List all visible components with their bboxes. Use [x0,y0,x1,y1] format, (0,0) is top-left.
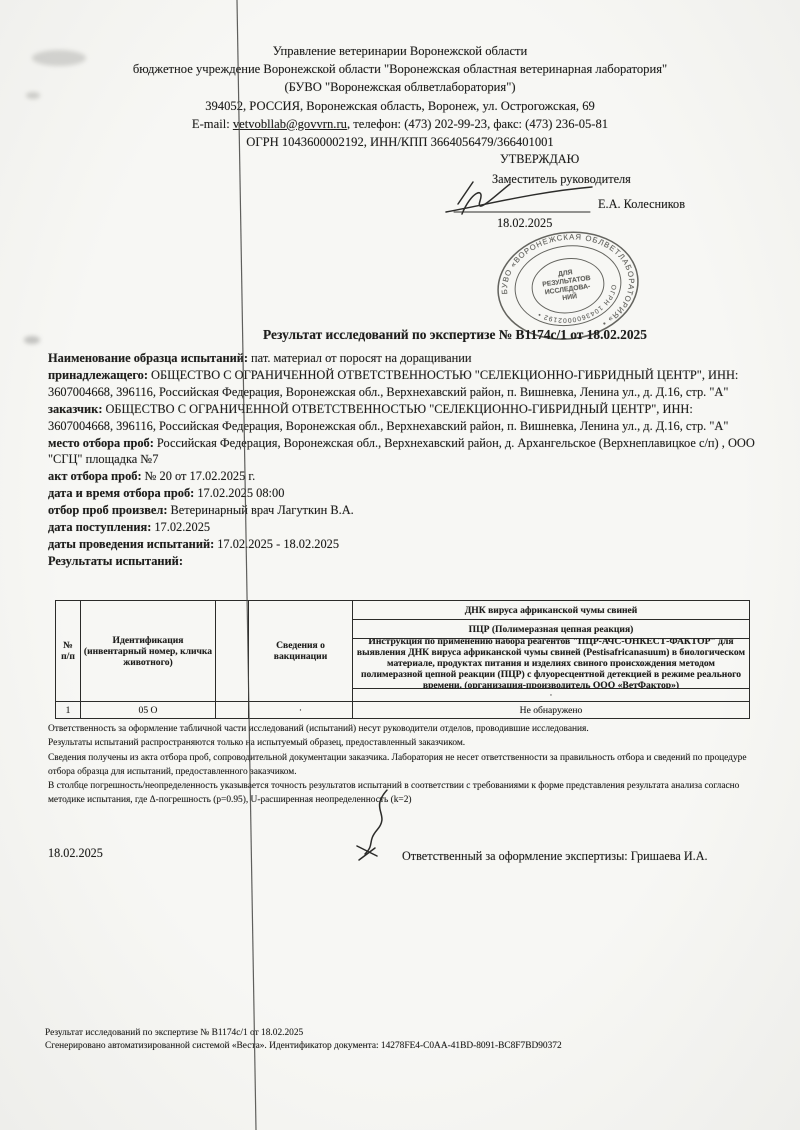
row-cell-vaccination: · [249,702,353,718]
col-header-blank [216,601,249,702]
document-title: Результат исследований по экспертизе № В… [150,327,760,343]
sample-field: дата поступления:17.02.2025 [48,519,758,536]
result-header-method-type: ПЦР (Полимеразная цепная реакция) [353,620,749,639]
org-ogrn-inn: ОГРН 1043600002192, ИНН/КПП 3664056479/3… [45,133,755,151]
result-header-method-description: Инструкция по применению набора реагенто… [353,639,749,689]
row-cell-identification: 05 O [81,702,216,718]
result-header-analyte: ДНК вируса африканской чумы свиней [353,601,749,620]
responsible-label: Ответственный за оформление экспертизы: … [402,849,708,864]
sample-field: акт отбора проб:№ 20 от 17.02.2025 г. [48,468,758,485]
col-header-num: № п/п [56,601,81,702]
approver-name: Е.А. Колесников [598,197,685,212]
email-link[interactable]: vetvobllab@govvrn.ru [233,117,347,131]
sample-field: заказчик:ОБЩЕСТВО С ОГРАНИЧЕННОЙ ОТВЕТСТ… [48,401,758,435]
signoff-date: 18.02.2025 [48,846,103,861]
sample-field: Наименование образца испытаний:пат. мате… [48,350,758,367]
result-subheader-dot: · [353,689,749,702]
sample-field: принадлежащего:ОБЩЕСТВО С ОГРАНИЧЕННОЙ О… [48,367,758,401]
footnote: Ответственность за оформление табличной … [48,723,762,737]
org-name: бюджетное учреждение Воронежской области… [45,60,755,78]
footnote: Результаты испытаний распространяются то… [48,737,762,751]
letterhead: Управление ветеринарии Воронежской облас… [45,42,755,151]
results-table: № п/п Идентификация (инвентарный номер, … [55,600,750,719]
col-header-identification: Идентификация (инвентарный номер, кличка… [81,601,216,702]
footer-document-id: Сгенерировано автоматизированной системо… [45,1040,562,1053]
phone-fax: , телефон: (473) 202-99-23, факс: (473) … [347,117,608,131]
sample-field: Результаты испытаний: [48,553,758,570]
org-contacts: E-mail: vetvobllab@govvrn.ru, телефон: (… [45,115,755,133]
document-footer: Результат исследований по экспертизе № В… [45,1027,562,1053]
row-cell-result: Не обнаружено [353,702,749,718]
email-label: E-mail: [192,117,230,131]
approver-signature [440,172,600,220]
scan-smudge [26,92,40,99]
svg-text:ДЛЯ РЕЗУЛЬТАТОВ: ДЛЯ РЕЗУЛЬТАТОВ ИССЛЕДОВА- НИЙ [541,267,595,305]
row-cell-blank [216,702,249,718]
footer-expertise-ref: Результат исследований по экспертизе № В… [45,1027,562,1040]
approve-label: УТВЕРЖДАЮ [500,152,579,167]
sample-field: отбор проб произвел:Ветеринарный врач Ла… [48,502,758,519]
footnote: Сведения получены из акта отбора проб, с… [48,752,762,780]
col-header-vaccination: Сведения о вакцинации [249,601,353,702]
scan-smudge [24,336,40,344]
scanned-document-page: Управление ветеринарии Воронежской облас… [0,0,800,1130]
sample-details: Наименование образца испытаний:пат. мате… [48,350,758,570]
org-address: 394052, РОССИЯ, Воронежская область, Вор… [45,97,755,115]
row-cell-num: 1 [56,702,81,718]
sample-field: место отбора проб:Российская Федерация, … [48,435,758,469]
org-department: Управление ветеринарии Воронежской облас… [45,42,755,60]
sample-field: дата и время отбора проб:17.02.2025 08:0… [48,485,758,502]
org-short-name: (БУВО "Воронежская облветлаборатория") [45,78,755,96]
sample-field: даты проведения испытаний:17.02.2025 - 1… [48,536,758,553]
